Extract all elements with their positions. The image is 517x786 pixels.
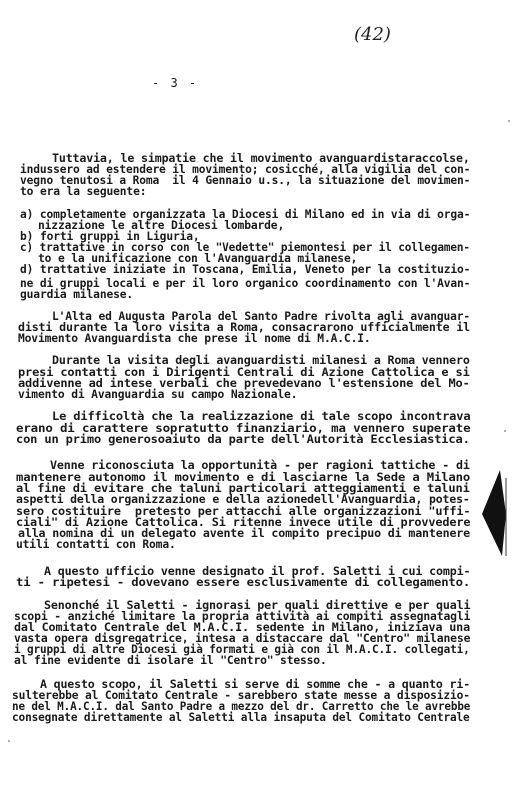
text-line: utili contatti con Roma.	[16, 539, 176, 551]
page-number: - 3 -	[152, 76, 198, 90]
text-line: to era la seguente:	[20, 186, 146, 198]
scan-speck	[8, 740, 10, 742]
text-line: Movimento Avanguardista che prese il nom…	[18, 333, 371, 345]
document-page: (42) - 3 - Tuttavia, le simpatie che il …	[0, 0, 517, 786]
text-line: al fine evidente di isolare il "Centro" …	[14, 655, 327, 667]
text-line: con un primo generosoaiuto da parte dell…	[16, 434, 470, 446]
text-line: ti - ripetesi - dovevano essere esclusiv…	[16, 577, 470, 589]
scan-speck	[504, 430, 506, 432]
arrow-marker-icon	[480, 468, 508, 558]
scan-speck	[508, 120, 510, 122]
text-line: consegnate direttamente al Saletti alla …	[12, 712, 470, 724]
text-line: vimento di Avanguardia su campo Nazional…	[18, 389, 297, 401]
text-line: d) trattative iniziate in Toscana, Emili…	[20, 264, 470, 276]
text-line: guardia milanese.	[20, 289, 133, 301]
archive-number: (42)	[354, 24, 391, 45]
